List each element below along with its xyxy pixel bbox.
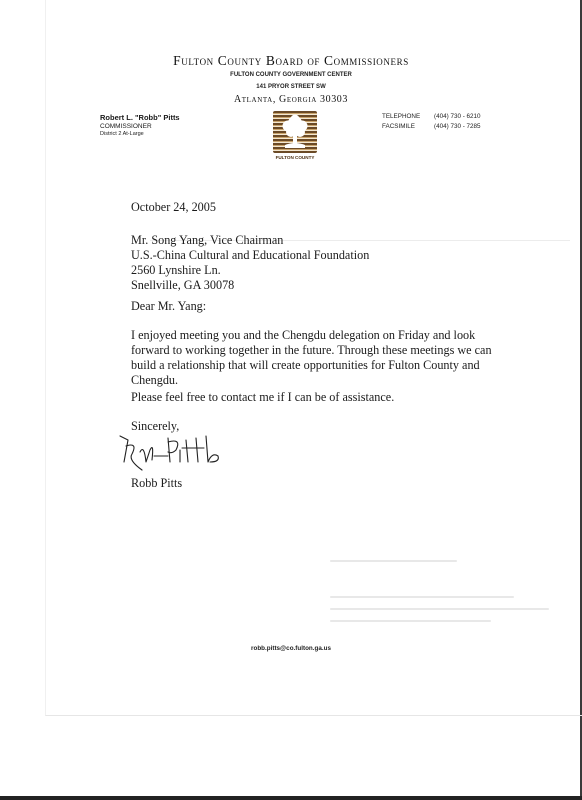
body-paragraph: I enjoyed meeting you and the Chengdu de… [131,328,501,388]
tree-emblem-icon [273,111,317,153]
signature-icon [116,432,226,480]
fax-row: FACSIMILE(404) 730 - 7285 [382,122,481,132]
letterhead-street: 141 PRYOR STREET SW [0,84,582,90]
bleed-through-text [330,560,560,632]
commissioner-title: COMMISSIONER [100,123,180,130]
letter-date: October 24, 2005 [131,200,216,215]
telephone-label: TELEPHONE [382,112,434,122]
salutation: Dear Mr. Yang: [131,299,206,314]
recipient-line: Snellville, GA 30078 [131,278,369,293]
signer-name: Robb Pitts [131,476,182,491]
bleed-line [330,620,491,622]
recipient-line: U.S.-China Cultural and Educational Foun… [131,248,369,263]
commissioner-block: Robert L. "Robb" Pitts COMMISSIONER Dist… [100,113,180,137]
letterhead-building: FULTON COUNTY GOVERNMENT CENTER [0,72,582,78]
bleed-line [330,608,549,610]
recipient-line: 2560 Lynshire Ln. [131,263,369,278]
body-paragraph: Please feel free to contact me if I can … [131,390,501,405]
telephone-row: TELEPHONE(404) 730 - 6210 [382,112,481,122]
fax-label: FACSIMILE [382,122,434,132]
recipient-address: Mr. Song Yang, Vice Chairman U.S.-China … [131,233,369,293]
footer-email[interactable]: robb.pitts@co.fulton.ga.us [0,645,582,652]
contact-block: TELEPHONE(404) 730 - 6210 FACSIMILE(404)… [382,112,481,132]
telephone-number: (404) 730 - 6210 [434,113,481,120]
letterhead-city: Atlanta, Georgia 30303 [0,94,582,105]
commissioner-name: Robert L. "Robb" Pitts [100,113,180,122]
commissioner-district: District 2 At-Large [100,131,180,137]
recipient-line: Mr. Song Yang, Vice Chairman [131,233,369,248]
bleed-line [330,560,457,562]
bleed-line [330,596,514,598]
fulton-county-logo: FULTON COUNTY [270,111,320,161]
scan-border-bottom [0,796,582,800]
fax-number: (404) 730 - 7285 [434,123,481,130]
letterhead-title: Fulton County Board of Commissioners [0,53,582,69]
logo-caption: FULTON COUNTY [270,155,320,160]
